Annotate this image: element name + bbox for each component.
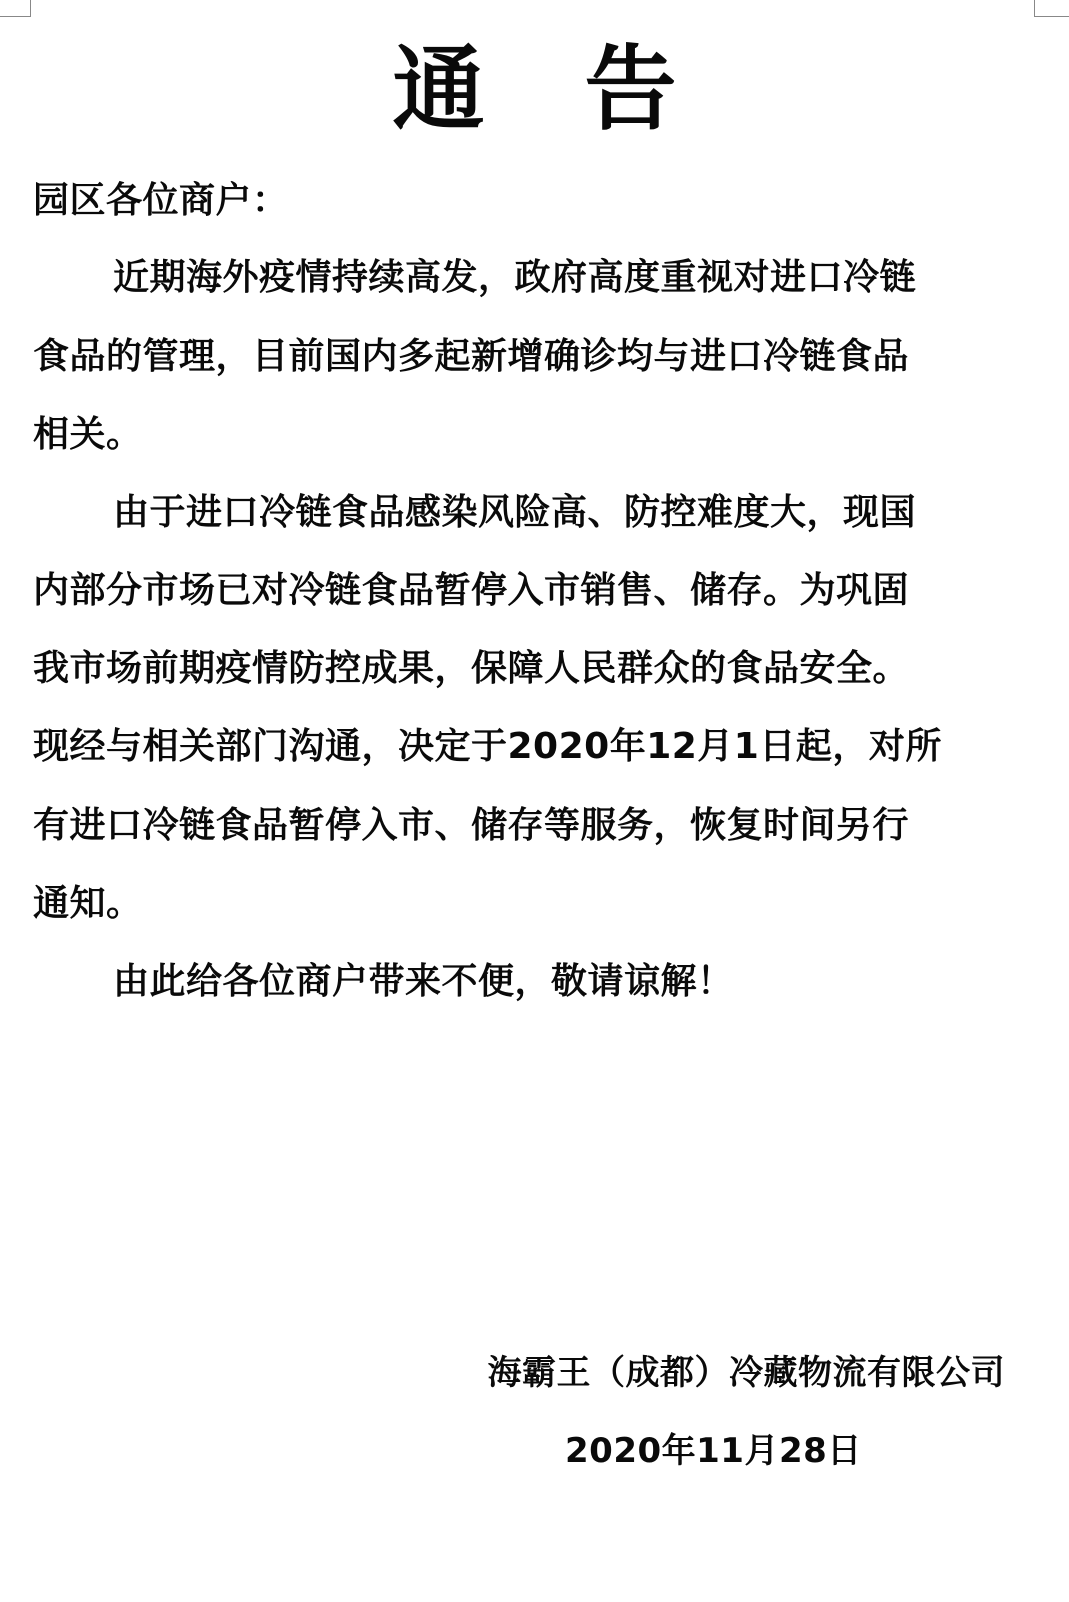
document-title: 通告 [0, 40, 1069, 140]
paragraph-line: 由此给各位商户带来不便，敬请谅解！ [113, 960, 734, 1004]
page-corner-mark-right [1034, 0, 1069, 17]
paragraph-line: 通知。 [33, 882, 143, 926]
signature-date: 2020年11月28日 [565, 1429, 862, 1473]
page-corner-mark-left [0, 0, 31, 17]
paragraph-line: 相关。 [33, 413, 143, 457]
paragraph-line: 食品的管理，目前国内多起新增确诊均与进口冷链食品 [33, 335, 909, 379]
paragraph-line: 内部分市场已对冷链食品暂停入市销售、储存。为巩固 [33, 569, 909, 613]
paragraph-line: 由于进口冷链食品感染风险高、防控难度大，现国 [113, 491, 916, 535]
paragraph-line: 现经与相关部门沟通，决定于2020年12月1日起，对所 [33, 725, 942, 769]
paragraph-line: 近期海外疫情持续高发，政府高度重视对进口冷链 [113, 256, 916, 300]
paragraph-line: 有进口冷链食品暂停入市、储存等服务，恢复时间另行 [33, 804, 909, 848]
signature-company: 海霸王（成都）冷藏物流有限公司 [488, 1351, 1006, 1395]
paragraph-line: 我市场前期疫情防控成果，保障人民群众的食品安全。 [33, 647, 909, 691]
salutation: 园区各位商户： [33, 179, 289, 223]
